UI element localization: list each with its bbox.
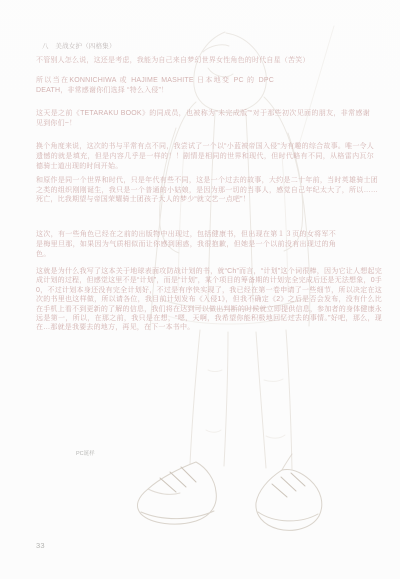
paragraph-greeting: 所以当在KONNICHIWA 或 HAJIME MASHITE 日本地变 PC …: [36, 76, 274, 96]
sketch-caption: PC诞样: [76, 449, 166, 459]
paragraph-tetaraku-book: 这天是之前《TETARAKU BOOK》的同成员，也被称为“未完成版”“对于那些…: [36, 109, 370, 129]
page-number: 33: [36, 541, 66, 551]
paragraph-intro: 不管别人怎么说，这还是考虑，我能为自己来自梦幻世界女性角色的时代自星（苦笑）: [36, 56, 356, 66]
section-heading: 八 美战女护（四格集）: [42, 42, 242, 52]
scanned-book-page: 八 美战女护（四格集） 不管别人怎么说，这还是考虑，我能为自己来自梦幻世界女性角…: [0, 0, 400, 579]
paragraph-plans: 这就是为什么我写了这本关于地球表面攻防战计划的书，就“Ch”而言，“计划”这个词…: [36, 267, 382, 333]
paragraph-setting: 和原作是同一个世界和时代，只是年代有些不同，这是一个过去的故事，大约是二十年前，…: [36, 176, 378, 205]
paragraph-characters: 这次，有一些角色已经在之前的出版物中出现过，包括健康书，但出现在第１３页的女将军…: [36, 230, 336, 260]
paragraph-story-concept: 换个角度来说，这次的书与平常有点不同，我尝试了一个以“小蓝被帝国入侵”为有趣的综…: [36, 142, 374, 172]
